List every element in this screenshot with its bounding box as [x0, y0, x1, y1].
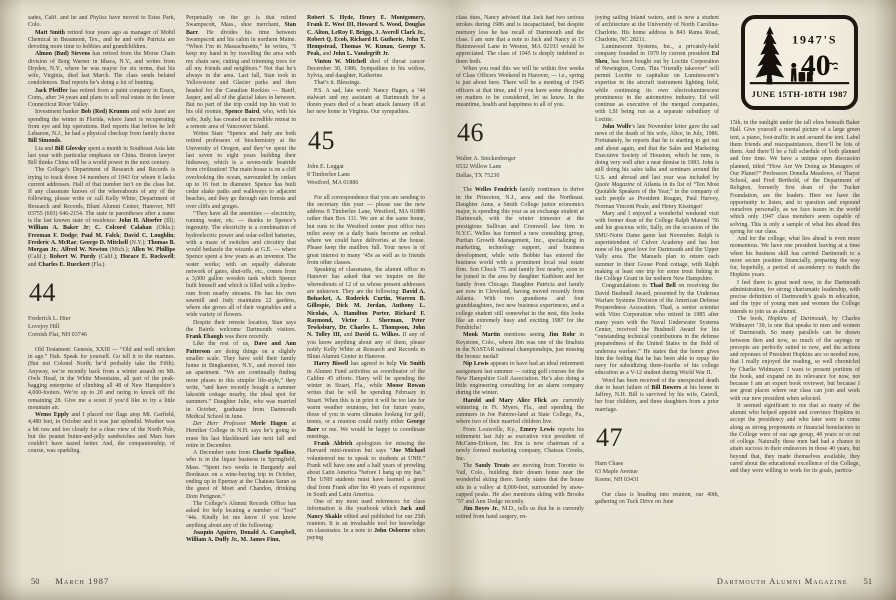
paragraph: Speaking of classmates, the alumni offic… — [307, 267, 425, 361]
paragraph: Wemo Epply and I placed our flags atop M… — [28, 412, 175, 456]
secretary-address: Walter A. Snickenberger6532 Willow LaneD… — [456, 155, 584, 180]
secretary-address: Ham Chase63 Maple AvenueKeene, NH 03431 — [595, 460, 719, 485]
paragraph: Almon (Bud) Stevens has retired from the… — [28, 51, 175, 87]
class-year-heading: 44 — [29, 279, 175, 306]
paragraph: Writes Stan: “Spence and Judy are both r… — [186, 131, 296, 211]
paragraph: When you read this we will be within fiv… — [456, 66, 584, 110]
page-number-left: 50 — [31, 577, 39, 586]
paragraph: Word has been received of the unexpected… — [595, 378, 719, 414]
badge-year-label: 1947'S — [792, 32, 837, 46]
page-right: class dues, Nancy advised that Jack had … — [456, 15, 874, 585]
footer-left: 50 March 1987 — [31, 577, 109, 586]
paragraph: Jack Pfeiffer has retired from a paint c… — [28, 88, 175, 110]
paragraph: Despite their remote location, Stan says… — [186, 320, 296, 342]
paragraph: The book, Hopkins of Dartmouth, by Charl… — [730, 316, 860, 403]
text-column: sades, Calif. and he and Phyliss have mo… — [28, 15, 175, 563]
secretary-address-line: 63 Maple Avenue — [595, 468, 719, 476]
paragraph: Monk Martin mentions seeing Jim Rohr in … — [456, 332, 584, 361]
paragraph: Investment banker Bob (Red) Krumm and wi… — [28, 109, 175, 145]
paragraph: And for the college, what lies ahead is … — [730, 236, 860, 280]
paragraph: 15th, in the sunlight under the tall elm… — [730, 120, 860, 236]
secretary-address-line: Ham Chase — [595, 460, 719, 468]
secretary-address-line: 8 Timberlee Lane — [307, 171, 425, 179]
left-columns: sades, Calif. and he and Phyliss have mo… — [28, 15, 432, 563]
paragraph: Matt Smith retired four years ago as man… — [28, 30, 175, 52]
badge-anniversary-number: 40 — [801, 50, 831, 82]
paragraph: The Sandy Treats are moving from Toronto… — [456, 463, 584, 507]
secretary-address-line: Walter A. Snickenberger — [456, 155, 584, 163]
secretary-address-line: Keene, NH 03431 — [595, 476, 719, 484]
secretary-address: Frederick L. HierLovejoy HillCornish Fla… — [28, 315, 175, 340]
pine-tree-icon — [756, 26, 785, 84]
paragraph: sades, Calif. and he and Phyliss have mo… — [28, 15, 175, 30]
paragraph: A December note from Charlie Spallino, w… — [186, 450, 296, 501]
paragraph: Robert S. Hyde, Henry E. Montgomery, Fra… — [307, 15, 425, 59]
secretary-address: John E. Leggat8 Timberlee LaneWestford, … — [307, 163, 425, 188]
page-left: sades, Calif. and he and Phyliss have mo… — [28, 15, 432, 585]
paragraph: Nip Lewis appears to have had an ideal r… — [456, 361, 584, 397]
paragraph: The Welles Fendrich family continues to … — [456, 187, 584, 332]
paragraph: It seemed significant to me that so many… — [730, 403, 860, 476]
reunion-badge: 1947'S 40 JUNE 15TH-18TH 1987 — [741, 15, 858, 110]
class-year-heading: 45 — [308, 127, 425, 154]
paragraph: “They have all the amenities — electrici… — [186, 211, 296, 320]
ground-line — [750, 82, 849, 84]
reunion-badge-art: 1947'S 40 JUNE 15TH-18TH 1987 — [746, 20, 853, 105]
issue-label: March 1987 — [55, 577, 109, 586]
paragraph: For all correspondence that you are send… — [307, 195, 425, 268]
secretary-address-line: Cornish Flat, NH 03746 — [28, 331, 175, 339]
paragraph: Der Herr Professor Merle Hagen at Henrik… — [186, 421, 296, 450]
text-column: class dues, Nancy advised that Jack had … — [456, 15, 584, 563]
footer-right: Dartmouth Alumni Magazine 51 — [717, 577, 872, 586]
paragraph: One of my most used references for class… — [307, 499, 425, 543]
secretary-address-line: Lovejoy Hill — [28, 323, 175, 331]
right-columns: class dues, Nancy advised that Jack had … — [456, 15, 874, 563]
paragraph: From Louisville, Ky., Emery Lewis report… — [456, 427, 584, 463]
paragraph: Vinton W. Mitchell died of throat cancer… — [307, 59, 425, 81]
paragraph: Luminescent Systems, Inc., a privately-h… — [595, 44, 719, 124]
paragraph: John Wolfe’s late November letter gave t… — [595, 124, 719, 211]
paragraph: Our class is heading into reunion, our 4… — [595, 492, 719, 507]
secretary-address-line: John E. Leggat — [307, 163, 425, 171]
paragraph: class dues, Nancy advised that Jack had … — [456, 15, 584, 66]
paragraph: Old Testament: Genesis, XXIII — “Old and… — [28, 347, 175, 412]
paragraph: Joaquin Aguirre, Donald A. Campbell, Wil… — [186, 530, 296, 545]
magazine-spread: sades, Calif. and he and Phyliss have mo… — [0, 0, 896, 600]
paragraph: Mary and I enjoyed a wonderful weekend v… — [595, 211, 719, 284]
text-column: Perpetually on the go is that retired Sw… — [186, 15, 296, 563]
class-year-heading: 46 — [457, 119, 584, 146]
secretary-address-line: Dallas, TX 75230 — [456, 172, 584, 180]
text-column: joying sailing inland waters, and is now… — [595, 15, 719, 563]
secretary-address-line: 6532 Willow Lane — [456, 163, 584, 171]
paragraph: That’s it. Blessings. — [307, 80, 425, 87]
paragraph: Harold and Mary Alice Flick are currentl… — [456, 398, 584, 427]
text-column: 1947'S 40 JUNE 15TH-18TH 1987 15th, in t… — [730, 15, 860, 563]
paragraph: P.S. A sad, late word: Nancy Hagen, a ’4… — [307, 88, 425, 117]
magazine-title: Dartmouth Alumni Magazine — [717, 577, 848, 586]
secretary-address-line: Westford, MA 01886 — [307, 179, 425, 187]
paragraph: Frank Aldrich apologizes for missing the… — [307, 441, 425, 499]
paragraph: Like the rest of us, Dave and Ann Patter… — [186, 341, 296, 421]
paragraph: Jim Boyes Jr., M.D., tells us that he is… — [456, 506, 584, 521]
text-column: Robert S. Hyde, Henry E. Montgomery, Fra… — [307, 15, 425, 563]
badge-date-line: JUNE 15TH-18TH 1987 — [752, 89, 848, 99]
paragraph: Perpetually on the go is that retired Sw… — [186, 15, 296, 131]
paragraph: Harry Bissell has agreed to help Vic Smi… — [307, 361, 425, 441]
paragraph: Lia and Bill Glovsky spent a month in So… — [28, 146, 175, 168]
secretary-address-line: Frederick L. Hier — [28, 315, 175, 323]
class-year-heading: 47 — [596, 424, 719, 451]
paragraph: The College’s Alumni Records Office has … — [186, 501, 296, 530]
page-number-right: 51 — [864, 577, 872, 586]
paragraph: I feel there is great need now, in the D… — [730, 280, 860, 316]
paragraph: Congratulations to Thad Bell on receivin… — [595, 283, 719, 377]
paragraph: joying sailing inland waters, and is now… — [595, 15, 719, 44]
paragraph: The College’s Department of Research and… — [28, 167, 175, 269]
